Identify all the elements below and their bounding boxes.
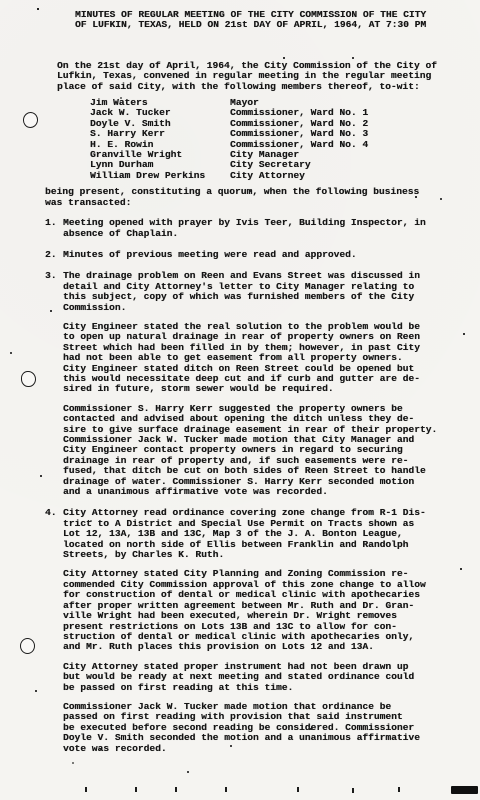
item-paragraph: Minutes of previous meeting were read an… [63, 250, 457, 260]
hole-punch-middle [21, 371, 36, 387]
hole-punch-top [22, 111, 39, 129]
item-paragraph: City Attorney stated proper instrument h… [63, 662, 457, 693]
item-paragraph: City Attorney read ordinance covering zo… [63, 508, 457, 560]
attendee-role: City Attorney [230, 171, 457, 181]
scan-corner-smudge [451, 786, 478, 794]
scanned-document-page: MINUTES OF REGULAR MEETING OF THE CITY C… [0, 0, 480, 800]
item-body: The drainage problem on Reen and Evans S… [63, 271, 457, 506]
title-line-2: OF LUFKIN, TEXAS, HELD ON 21st DAY OF AP… [75, 19, 426, 30]
agenda-item-1: 1. Meeting opened with prayer by Ivis Te… [45, 218, 457, 248]
item-body: City Attorney read ordinance covering zo… [63, 508, 457, 763]
item-paragraph: Meeting opened with prayer by Ivis Teer,… [63, 218, 457, 239]
item-number: 4. [45, 508, 63, 763]
item-number: 3. [45, 271, 63, 506]
attendee-name: William Drew Perkins [90, 171, 230, 181]
title-line-1: MINUTES OF REGULAR MEETING OF THE CITY C… [75, 9, 426, 20]
agenda-item-4: 4. City Attorney read ordinance covering… [45, 508, 457, 763]
quorum-paragraph: being present, constituting a quorum, wh… [45, 187, 457, 208]
item-paragraph: City Engineer stated the real solution t… [63, 322, 457, 395]
item-number: 1. [45, 218, 63, 248]
item-body: Meeting opened with prayer by Ivis Teer,… [63, 218, 457, 248]
attendee-list: Jim Waters Mayor Jack W. Tucker Commissi… [90, 98, 457, 181]
item-paragraph: City Attorney stated City Planning and Z… [63, 569, 457, 652]
document-title: MINUTES OF REGULAR MEETING OF THE CITY C… [75, 10, 457, 31]
agenda-item-2: 2. Minutes of previous meeting were read… [45, 250, 457, 269]
item-paragraph: The drainage problem on Reen and Evans S… [63, 271, 457, 313]
attendee-row: William Drew Perkins City Attorney [90, 171, 457, 181]
document-content: MINUTES OF REGULAR MEETING OF THE CITY C… [45, 10, 457, 765]
scan-edge-marks [85, 787, 87, 792]
scan-noise-specks [37, 8, 39, 10]
item-number: 2. [45, 250, 63, 269]
item-paragraph: Commissioner S. Harry Kerr suggested the… [63, 404, 457, 498]
intro-paragraph: On the 21st day of April, 1964, the City… [57, 61, 457, 92]
item-paragraph: Commissioner Jack W. Tucker made motion … [63, 702, 457, 754]
hole-punch-bottom [20, 638, 35, 654]
item-body: Minutes of previous meeting were read an… [63, 250, 457, 269]
agenda-item-3: 3. The drainage problem on Reen and Evan… [45, 271, 457, 506]
